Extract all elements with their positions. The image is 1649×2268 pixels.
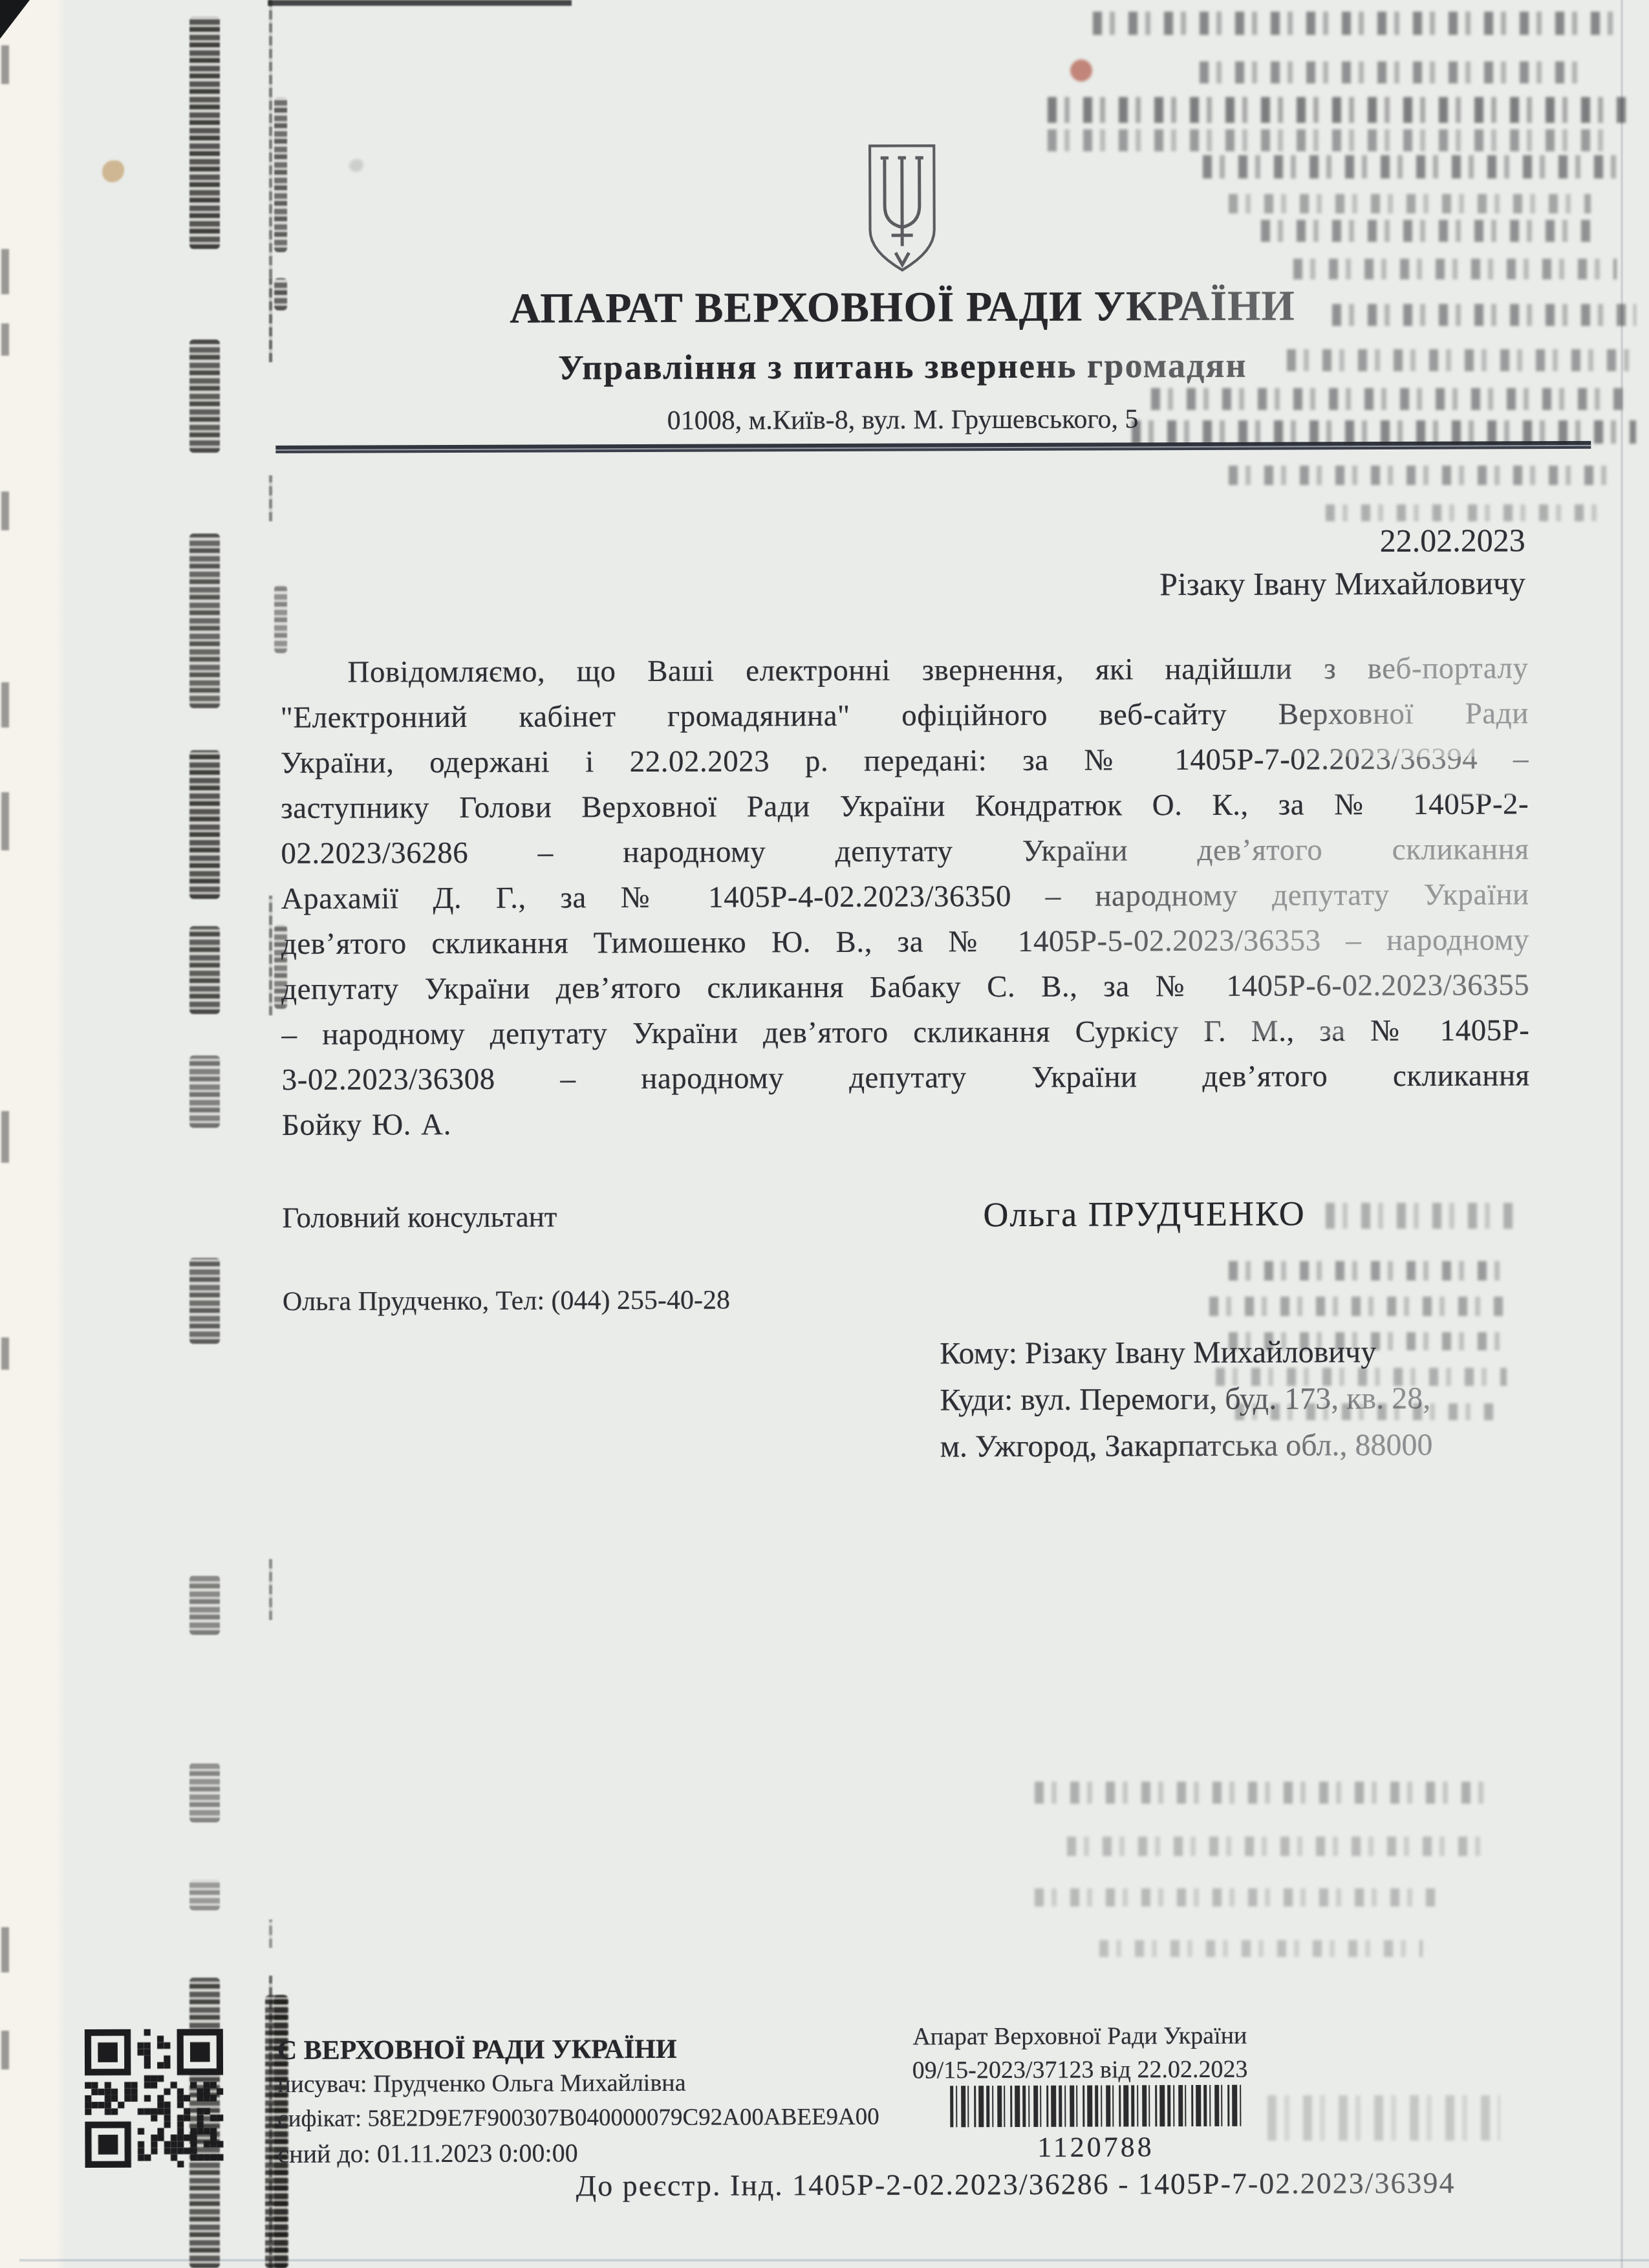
scanned-letter-page: АПАРАТ ВЕРХОВНОЇ РАДИ УКРАЇНИ Управління… (0, 0, 1649, 2268)
ghost-ink-noise (1093, 12, 1623, 35)
ghost-ink-noise (1048, 129, 1617, 151)
signer-name: Ольга ПРУДЧЕНКО (983, 1193, 1305, 1235)
reg-org: Апарат Верховної Ради України (905, 2022, 1255, 2051)
ghost-ink-noise (1099, 1940, 1423, 1957)
dsig-title: С ВЕРХОВНОЇ РАДИ УКРАЇНИ (277, 2034, 677, 2066)
ghost-ink-noise (1293, 259, 1617, 279)
body-line: 3-02.2023/36308 – народному депутату Укр… (282, 1053, 1530, 1103)
ghost-ink-noise (1200, 61, 1588, 83)
ghost-ink-noise (1229, 1332, 1507, 1350)
ghost-ink-noise (1151, 388, 1630, 410)
ghost-ink-noise (1048, 97, 1630, 123)
ghost-ink-noise (1326, 1203, 1520, 1229)
signer-contact: Ольга Прудченко, Тел: (044) 255-40-28 (283, 1285, 730, 1317)
toner-fade (1216, 2163, 1513, 2221)
letter-addressee: Різаку Івану Михайловичу (903, 564, 1525, 603)
ghost-ink-noise (1267, 2095, 1500, 2141)
dsig-cert: сифікат: 58E2D9E7F900307B040000079C92A00… (277, 2103, 879, 2133)
toner-fade (1099, 999, 1371, 1038)
signer-position: Головний консультант (282, 1200, 557, 1234)
red-ink-speck (1070, 59, 1092, 81)
letter-date: 22.02.2023 (903, 521, 1525, 561)
letter-content: АПАРАТ ВЕРХОВНОЇ РАДИ УКРАЇНИ Управління… (0, 0, 1649, 2268)
ukraine-trident-emblem-icon (862, 140, 943, 276)
barcode-number: 1120788 (950, 2130, 1241, 2165)
ghost-ink-noise (1332, 304, 1636, 326)
ghost-ink-noise (1229, 466, 1617, 485)
qr-code-icon (85, 2029, 224, 2168)
ghost-ink-noise (1261, 220, 1597, 242)
reg-number: 09/15-2023/37123 від 22.02.2023 (905, 2055, 1255, 2085)
dsig-signer: писувач: Прудченко Ольга Михайлівна (277, 2069, 686, 2099)
toner-fade (1099, 275, 1371, 346)
ghost-ink-noise (1326, 504, 1597, 521)
ghost-ink-noise (1216, 1368, 1507, 1386)
ghost-ink-noise (1209, 1297, 1507, 1316)
ghost-ink-noise (1235, 1403, 1494, 1420)
ghost-ink-noise (1035, 1782, 1487, 1804)
barcode-icon (950, 2085, 1241, 2128)
body-line: Бойку Ю. А. (282, 1098, 1530, 1148)
ghost-ink-noise (1067, 1837, 1487, 1856)
toner-fade (1293, 737, 1539, 795)
ghost-ink-noise (1229, 194, 1591, 213)
ghost-ink-noise (1132, 420, 1636, 444)
ghost-ink-noise (1203, 155, 1630, 178)
ghost-ink-noise (1287, 349, 1636, 371)
ghost-ink-noise (1229, 1261, 1507, 1280)
ghost-ink-noise (1035, 1888, 1436, 1906)
toner-fade (996, 821, 1539, 970)
dsig-valid: сний до: 01.11.2023 0:00:00 (277, 2137, 577, 2169)
